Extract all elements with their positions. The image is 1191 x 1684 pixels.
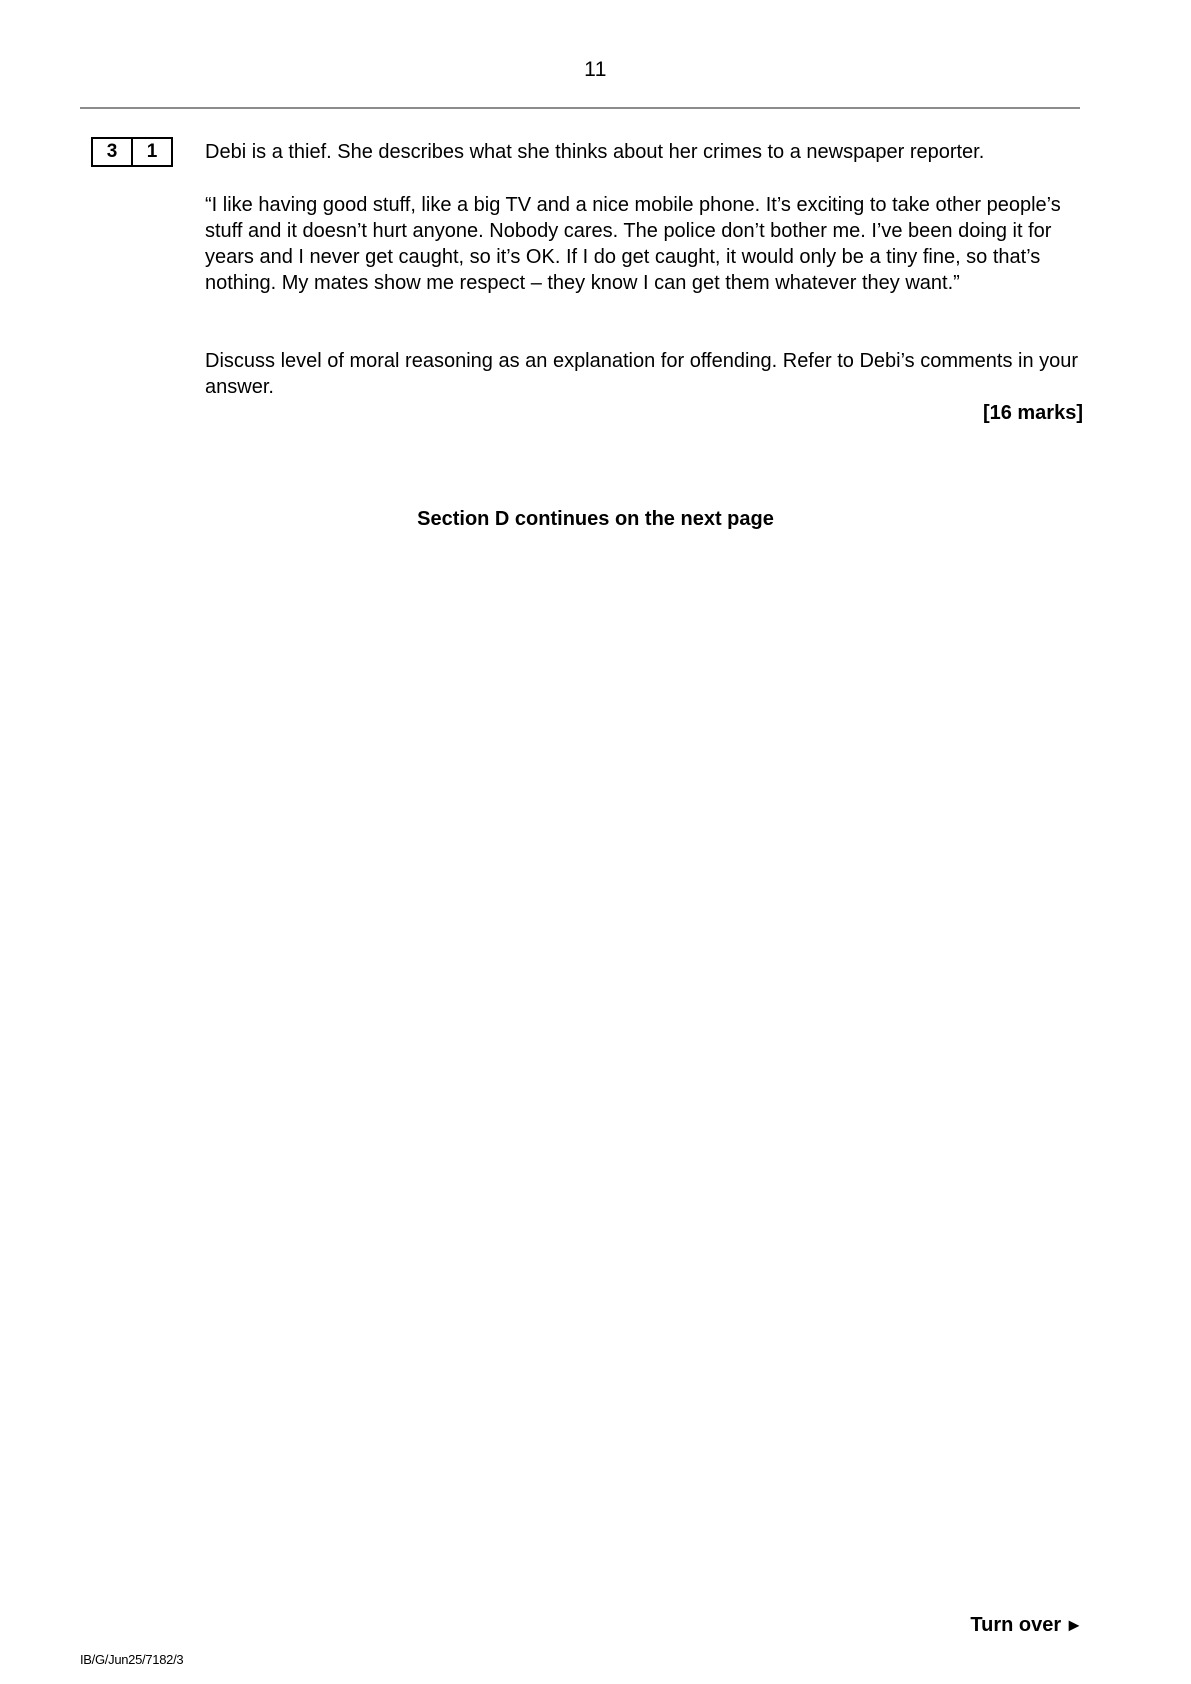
- right-triangle-arrow-icon: ►: [1065, 1615, 1083, 1635]
- question-quote: “I like having good stuff, like a big TV…: [205, 192, 1085, 296]
- question-number-digit: 3: [93, 139, 131, 165]
- turn-over: Turn over►: [970, 1612, 1083, 1638]
- turn-over-label: Turn over: [970, 1614, 1061, 1636]
- question-number-box: 3 1: [91, 137, 173, 167]
- question-intro: Debi is a thief. She describes what she …: [205, 139, 1085, 165]
- section-continues-note: Section D continues on the next page: [0, 506, 1191, 532]
- question-marks: [16 marks]: [983, 400, 1083, 426]
- question-task: Discuss level of moral reasoning as an e…: [205, 348, 1085, 400]
- header-rule: [80, 107, 1080, 109]
- page-number: 11: [0, 58, 1191, 82]
- paper-code: IB/G/Jun25/7182/3: [80, 1652, 183, 1667]
- question-number-digit: 1: [131, 139, 171, 165]
